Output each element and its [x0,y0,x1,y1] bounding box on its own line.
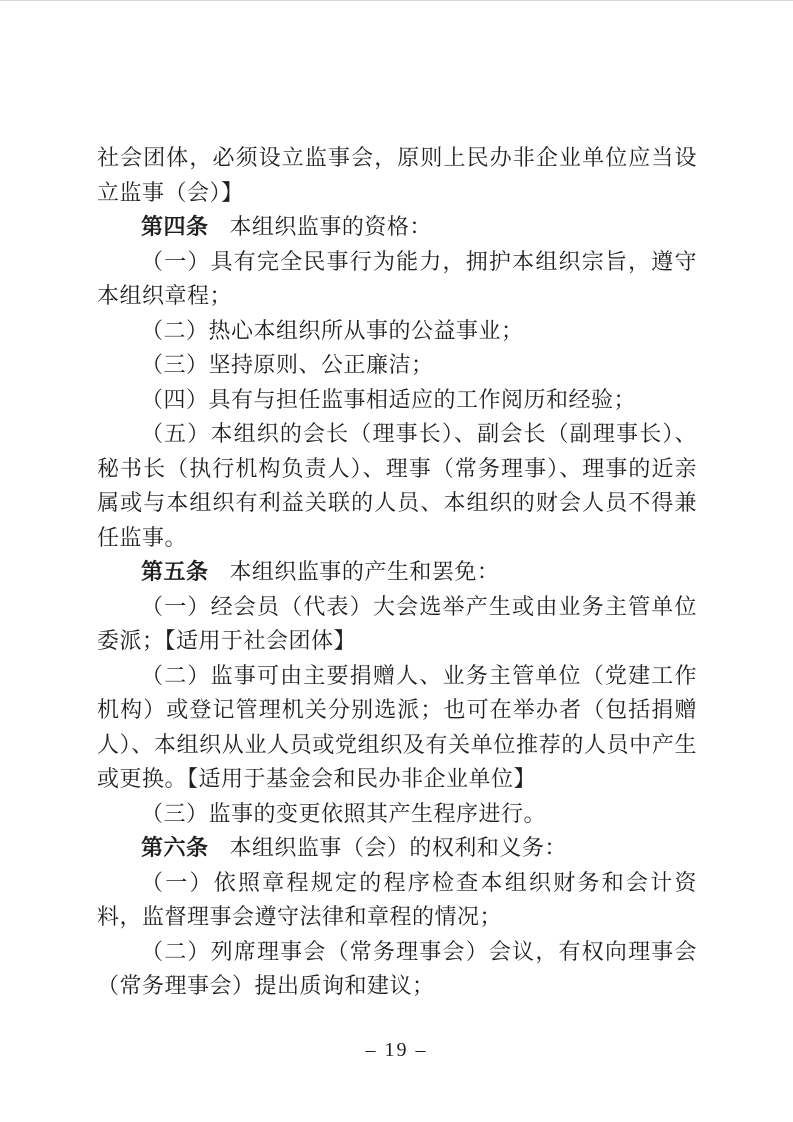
article-title: 本组织监事的资格： [229,214,432,239]
article-number: 第六条 [141,835,209,860]
clause-item: （二）热心本组织所从事的公益事业； [97,314,697,349]
article-number: 第四条 [141,214,209,239]
clause-item: （二）列席理事会（常务理事会）会议，有权向理事会（常务理事会）提出质询和建议； [97,935,697,1004]
clause-item: （二）监事可由主要捐赠人、业务主管单位（党建工作机构）或登记管理机关分别选派；也… [97,659,697,797]
article-heading-4: 第四条本组织监事的资格： [97,210,697,245]
paragraph-continuation: 社会团体，必须设立监事会，原则上民办非企业单位应当设立监事（会）】 [97,141,697,210]
clause-item: （四）具有与担任监事相适应的工作阅历和经验； [97,383,697,418]
article-heading-6: 第六条本组织监事（会）的权利和义务： [97,831,697,866]
document-page: 社会团体，必须设立监事会，原则上民办非企业单位应当设立监事（会）】 第四条本组织… [0,0,793,1122]
article-heading-5: 第五条本组织监事的产生和罢免： [97,555,697,590]
clause-item: （一）依照章程规定的程序检查本组织财务和会计资料，监督理事会遵守法律和章程的情况… [97,866,697,935]
document-body: 社会团体，必须设立监事会，原则上民办非企业单位应当设立监事（会）】 第四条本组织… [97,141,697,1004]
clause-item: （三）坚持原则、公正廉洁； [97,348,697,383]
page-number: – 19 – [0,1036,793,1064]
article-number: 第五条 [141,559,209,584]
article-title: 本组织监事的产生和罢免： [229,559,499,584]
clause-item: （五）本组织的会长（理事长）、副会长（副理事长）、秘书长（执行机构负责人）、理事… [97,417,697,555]
clause-item: （一）经会员（代表）大会选举产生或由业务主管单位委派；【适用于社会团体】 [97,590,697,659]
article-title: 本组织监事（会）的权利和义务： [229,835,567,860]
clause-item: （一）具有完全民事行为能力，拥护本组织宗旨，遵守本组织章程； [97,245,697,314]
clause-item: （三）监事的变更依照其产生程序进行。 [97,797,697,832]
